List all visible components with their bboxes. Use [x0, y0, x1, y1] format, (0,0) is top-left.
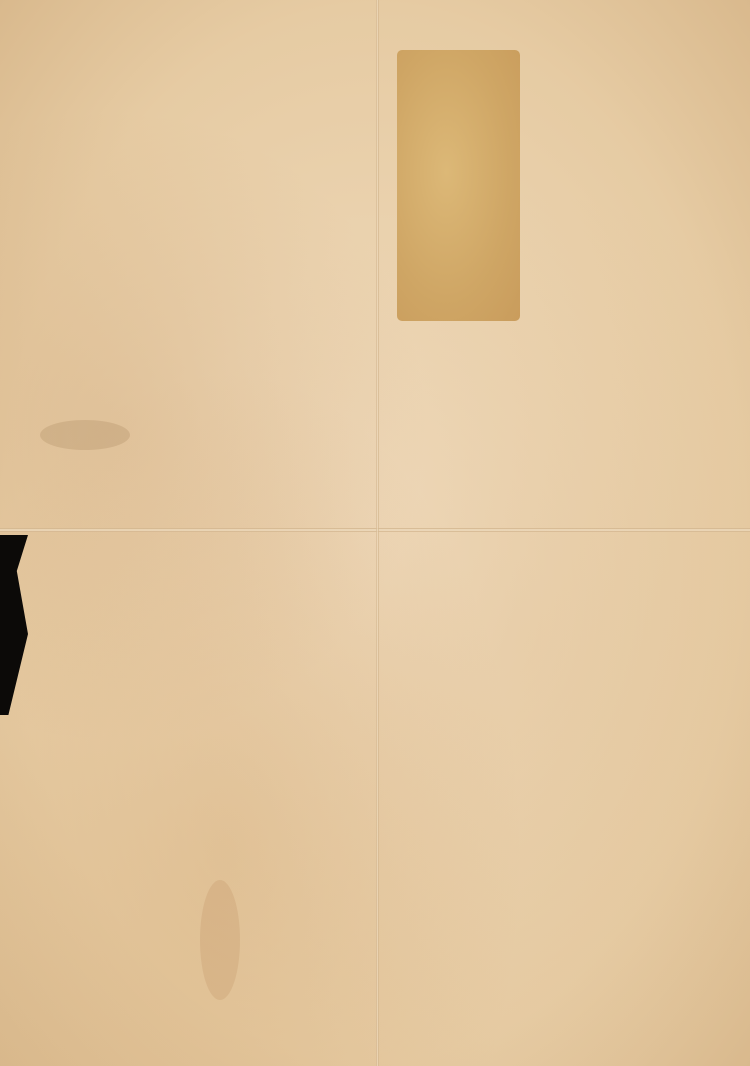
vertical-fold: [376, 0, 379, 1066]
aged-paper: [0, 0, 750, 1066]
torn-edge: [0, 535, 28, 715]
horizontal-fold: [0, 528, 750, 532]
stained-label-area: [397, 50, 520, 321]
stain: [40, 420, 130, 450]
stain: [200, 880, 240, 1000]
